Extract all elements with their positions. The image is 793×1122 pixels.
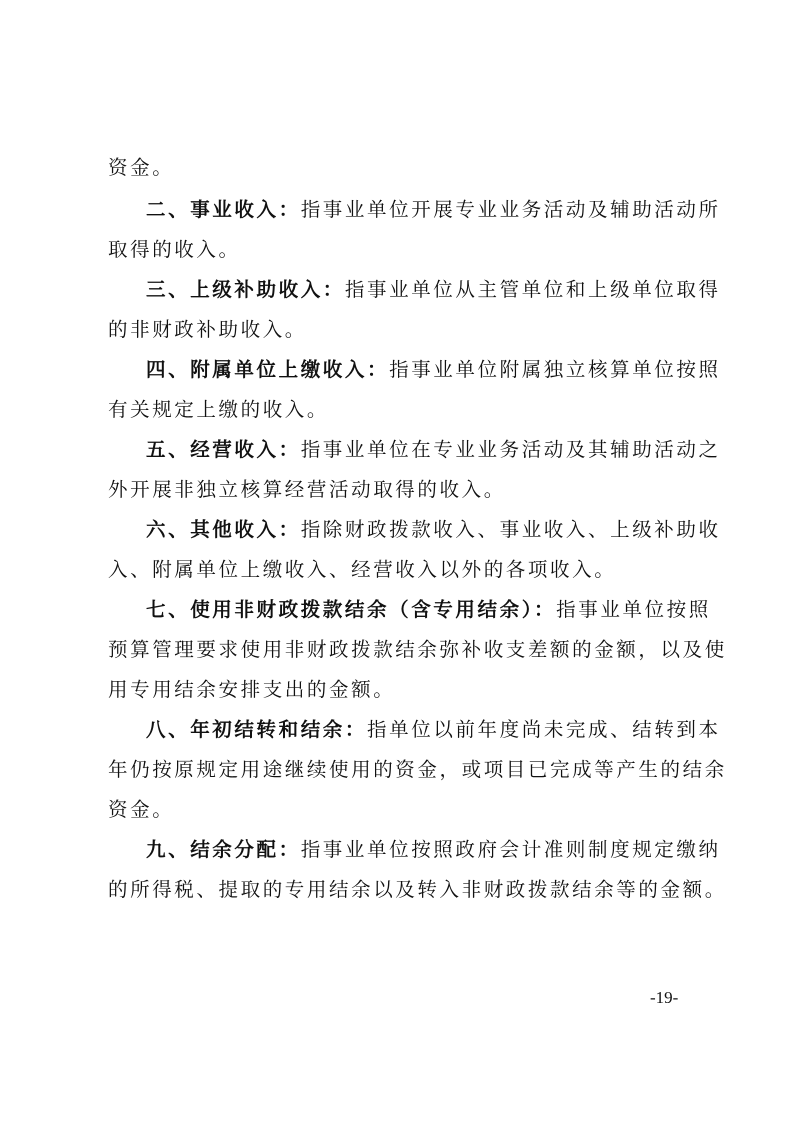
text-line: 的所得税、提取的专用结余以及转入非财政拨款结余等的金额。 xyxy=(108,878,727,902)
line-text: 年仍按原规定用途继续使用的资金，或项目已完成等产生的结余 xyxy=(108,758,727,781)
line-text: 指事业单位从主管单位和上级单位取得 xyxy=(345,278,721,301)
line-text: 指事业单位按照 xyxy=(556,598,711,621)
line-text: 资金。 xyxy=(108,156,174,179)
document-page: 资金。二、事业收入：指事业单位开展专业业务活动及辅助活动所取得的收入。三、上级补… xyxy=(0,0,793,1122)
text-line: 入、附属单位上缴收入、经营收入以外的各项收入。 xyxy=(108,558,616,582)
definition-line: 六、其他收入：指除财政拨款收入、事业收入、上级补助收 xyxy=(146,518,721,542)
definition-term: 三、上级补助收入： xyxy=(146,278,345,301)
definition-term: 九、结余分配： xyxy=(146,838,301,861)
definition-line: 八、年初结转和结余：指单位以前年度尚未完成、结转到本 xyxy=(146,718,721,742)
line-text: 的所得税、提取的专用结余以及转入非财政拨款结余等的金额。 xyxy=(108,878,727,901)
definition-term: 二、事业收入： xyxy=(146,198,301,221)
page-number: -19- xyxy=(650,988,678,1008)
definition-term: 七、使用非财政拨款结余（含专用结余）： xyxy=(146,598,556,621)
line-text: 资金。 xyxy=(108,798,174,821)
line-text: 有关规定上缴的收入。 xyxy=(108,398,329,421)
line-text: 指事业单位在专业业务活动及其辅助活动之 xyxy=(301,438,721,461)
text-line: 资金。 xyxy=(108,798,174,822)
line-text: 的非财政补助收入。 xyxy=(108,318,307,341)
text-line: 年仍按原规定用途继续使用的资金，或项目已完成等产生的结余 xyxy=(108,758,727,782)
line-text: 入、附属单位上缴收入、经营收入以外的各项收入。 xyxy=(108,558,616,581)
text-line: 用专用结余安排支出的金额。 xyxy=(108,678,395,702)
line-text: 取得的收入。 xyxy=(108,238,241,261)
line-text: 用专用结余安排支出的金额。 xyxy=(108,678,395,701)
line-text: 指单位以前年度尚未完成、结转到本 xyxy=(367,718,721,741)
definition-line: 九、结余分配：指事业单位按照政府会计准则制度规定缴纳 xyxy=(146,838,721,862)
line-text: 外开展非独立核算经营活动取得的收入。 xyxy=(108,478,506,501)
definition-term: 六、其他收入： xyxy=(146,518,301,541)
line-text: 预算管理要求使用非财政拨款结余弥补收支差额的金额，以及使 xyxy=(108,638,727,661)
definition-line: 三、上级补助收入：指事业单位从主管单位和上级单位取得 xyxy=(146,278,721,302)
text-line: 预算管理要求使用非财政拨款结余弥补收支差额的金额，以及使 xyxy=(108,638,727,662)
definition-line: 四、附属单位上缴收入：指事业单位附属独立核算单位按照 xyxy=(146,358,721,382)
text-line: 资金。 xyxy=(108,156,174,180)
line-text: 指事业单位按照政府会计准则制度规定缴纳 xyxy=(301,838,721,861)
definition-term: 四、附属单位上缴收入： xyxy=(146,358,389,381)
definition-term: 八、年初结转和结余： xyxy=(146,718,367,741)
line-text: 指除财政拨款收入、事业收入、上级补助收 xyxy=(301,518,721,541)
definition-line: 七、使用非财政拨款结余（含专用结余）：指事业单位按照 xyxy=(146,598,711,622)
definition-term: 五、经营收入： xyxy=(146,438,301,461)
definition-line: 五、经营收入：指事业单位在专业业务活动及其辅助活动之 xyxy=(146,438,721,462)
definition-line: 二、事业收入：指事业单位开展专业业务活动及辅助活动所 xyxy=(146,198,721,222)
text-line: 外开展非独立核算经营活动取得的收入。 xyxy=(108,478,506,502)
line-text: 指事业单位开展专业业务活动及辅助活动所 xyxy=(301,198,721,221)
text-line: 有关规定上缴的收入。 xyxy=(108,398,329,422)
text-line: 取得的收入。 xyxy=(108,238,241,262)
line-text: 指事业单位附属独立核算单位按照 xyxy=(389,358,721,381)
text-line: 的非财政补助收入。 xyxy=(108,318,307,342)
